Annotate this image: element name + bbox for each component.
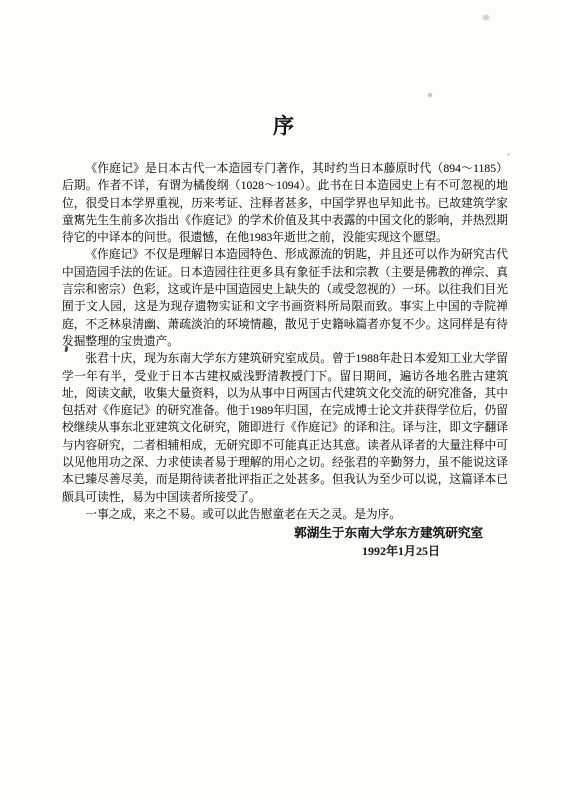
author-signature: 郭湖生于东南大学东方建筑研究室 bbox=[62, 524, 508, 542]
date-line: 1992年1月25日 bbox=[62, 542, 508, 560]
preface-body: 《作庭记》是日本古代一本造园专门著作，其时约当日本藤原时代（894～1185）后… bbox=[62, 160, 508, 523]
scan-speck bbox=[428, 93, 432, 97]
page-title: 序 bbox=[62, 0, 508, 140]
scanned-preface-page: 序 《作庭记》是日本古代一本造园专门著作，其时约当日本藤原时代（894～1185… bbox=[0, 0, 565, 800]
scan-speck bbox=[507, 153, 510, 156]
paragraph-translator: 张君十庆，现为东南大学东方建筑研究室成员。曾于1988年赴日本爱知工业大学留学一… bbox=[62, 350, 508, 506]
scan-speck bbox=[483, 15, 489, 20]
paragraph-closing: 一事之成，来之不易。或可以此告慰童老在天之灵。是为序。 bbox=[62, 506, 508, 523]
paragraph-significance: 《作庭记》不仅是理解日本造园特色、形成源流的钥匙，并且还可以作为研究古代中国造园… bbox=[62, 246, 508, 350]
paragraph-intro: 《作庭记》是日本古代一本造园专门著作，其时约当日本藤原时代（894～1185）后… bbox=[62, 160, 508, 246]
